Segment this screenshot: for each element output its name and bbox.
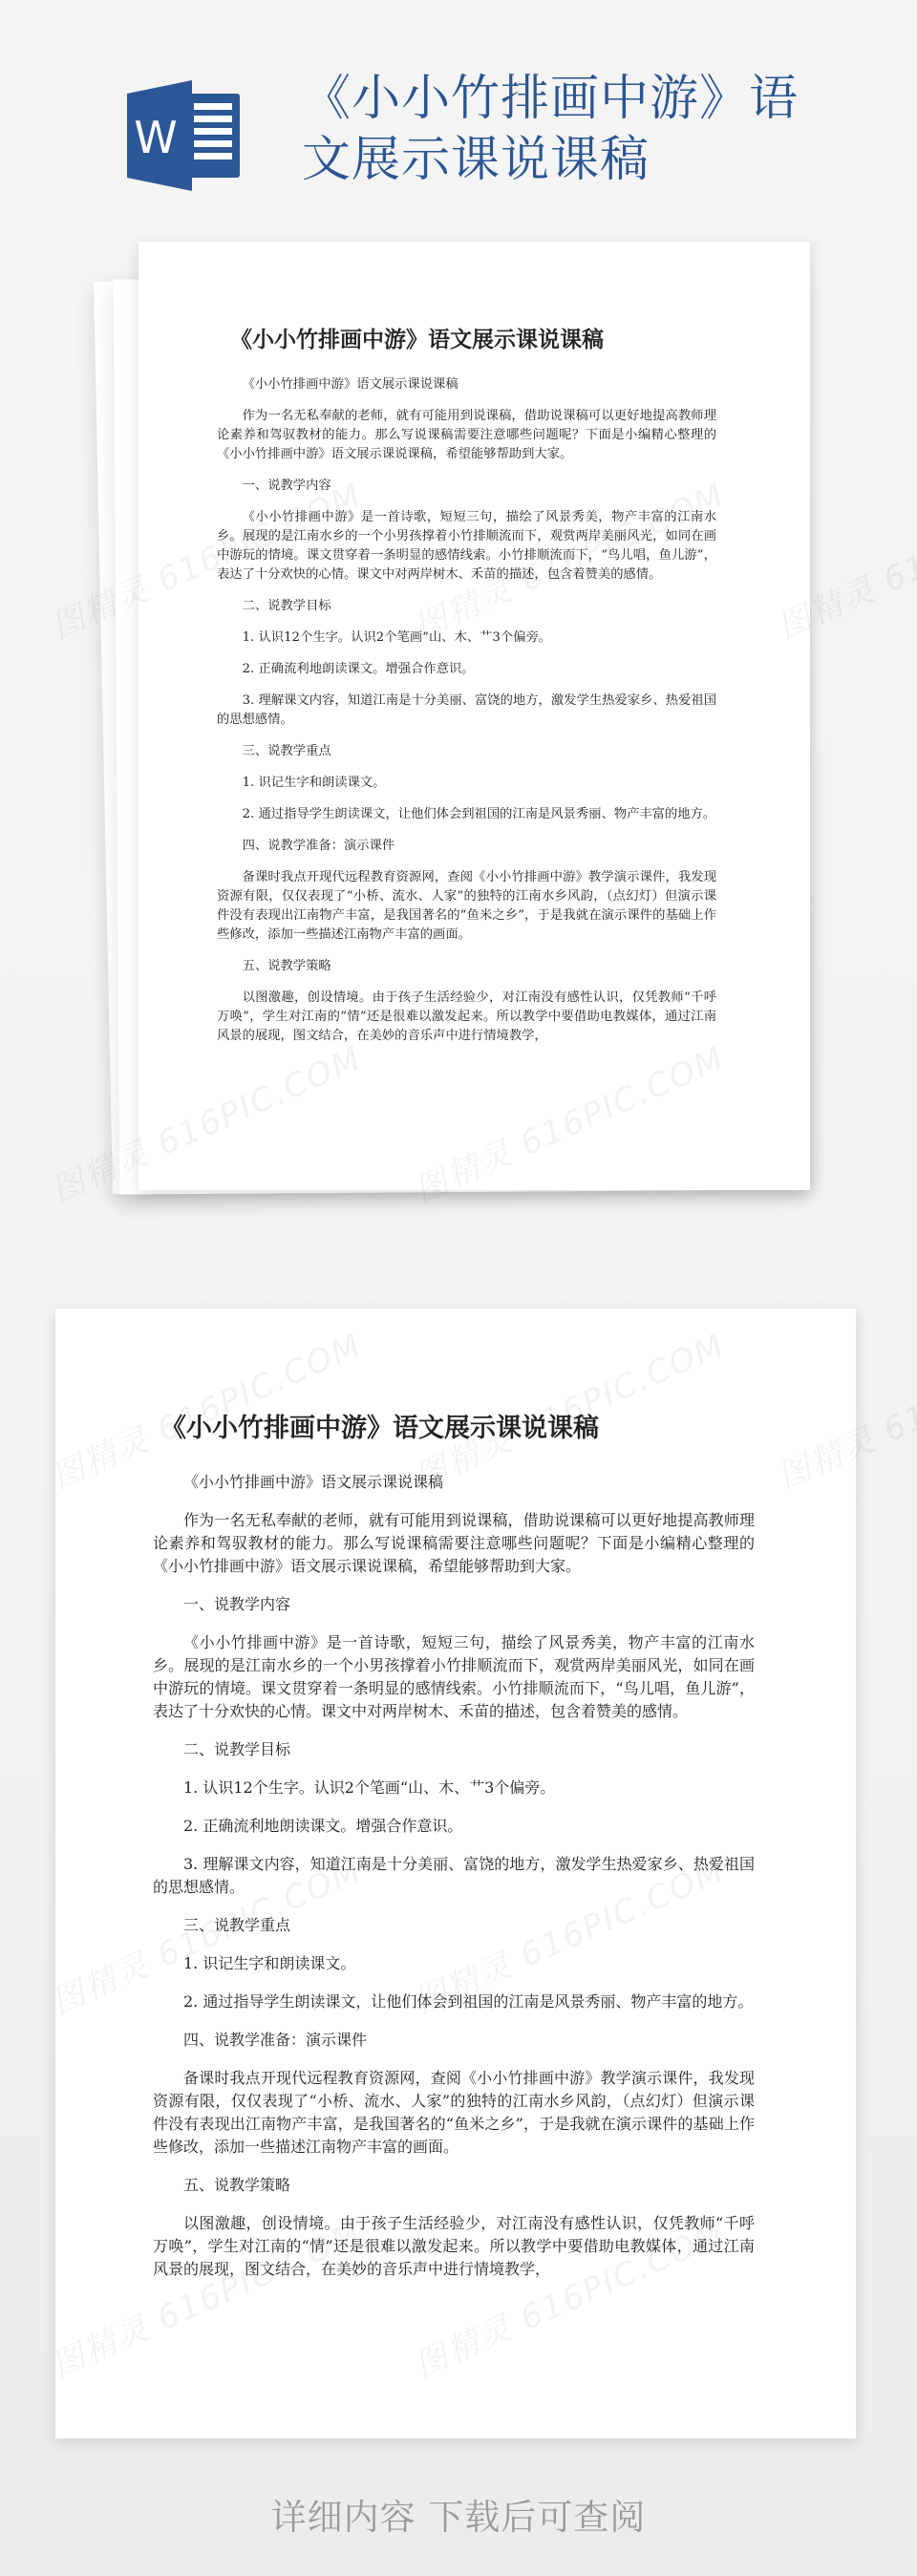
list-item: 2. 正确流利地朗读课文。增强合作意识。 — [153, 1815, 755, 1838]
section-heading: 四、说教学准备：演示课件 — [217, 837, 716, 856]
document-title: 《小小竹排画中游》语文展示课说课稿 — [160, 1412, 755, 1446]
list-item: 1. 认识12个生字。认识2个笔画“山、木、艹3个偏旁。 — [217, 628, 716, 648]
section-heading: 一、说教学内容 — [153, 1593, 755, 1616]
intro-paragraph: 作为一名无私奉献的老师，就有可能用到说课稿，借助说课稿可以更好地提高教师理论素养… — [153, 1509, 755, 1578]
header: W 《小小竹排画中游》语文展示课说课稿 — [0, 0, 917, 220]
document-preview-page-2: 《小小竹排画中游》语文展示课说课稿 《小小竹排画中游》语文展示课说课稿 作为一名… — [55, 1309, 856, 2438]
list-item: 3. 理解课文内容，知道江南是十分美丽、富饶的地方，激发学生热爱家乡、热爱祖国的… — [153, 1853, 755, 1899]
section-heading: 二、说教学目标 — [153, 1738, 755, 1761]
list-item: 2. 通过指导学生朗读课文，让他们体会到祖国的江南是风景秀丽、物产丰富的地方。 — [217, 805, 716, 824]
section-heading: 四、说教学准备：演示课件 — [153, 2029, 755, 2052]
section-heading: 三、说教学重点 — [217, 742, 716, 761]
paragraph: 以图激趣，创设情境。由于孩子生活经验少，对江南没有感性认识，仅凭教师“千呼万唤”… — [217, 989, 716, 1046]
section-heading: 三、说教学重点 — [153, 1914, 755, 1937]
list-item: 2. 正确流利地朗读课文。增强合作意识。 — [217, 660, 716, 679]
paragraph: 《小小竹排画中游》是一首诗歌，短短三句，描绘了风景秀美，物产丰富的江南水乡。展现… — [217, 508, 716, 585]
section-heading: 五、说教学策略 — [217, 957, 716, 976]
paragraph: 以图激趣，创设情境。由于孩子生活经验少，对江南没有感性认识，仅凭教师“千呼万唤”… — [153, 2212, 755, 2281]
document-subtitle: 《小小竹排画中游》语文展示课说课稿 — [153, 1471, 755, 1494]
svg-text:W: W — [134, 112, 177, 163]
paragraph: 备课时我点开现代远程教育资源网，查阅《小小竹排画中游》教学演示课件，我发现资源有… — [153, 2067, 755, 2159]
paragraph: 《小小竹排画中游》是一首诗歌，短短三句，描绘了风景秀美，物产丰富的江南水乡。展现… — [153, 1631, 755, 1723]
page-title: 《小小竹排画中游》语文展示课说课稿 — [302, 69, 837, 191]
list-item: 1. 认识12个生字。认识2个笔画“山、木、艹3个偏旁。 — [153, 1777, 755, 1799]
word-document-icon: W — [127, 80, 245, 191]
paragraph: 备课时我点开现代远程教育资源网，查阅《小小竹排画中游》教学演示课件，我发现资源有… — [217, 868, 716, 945]
document-preview-page-1: 《小小竹排画中游》语文展示课说课稿 《小小竹排画中游》语文展示课说课稿 作为一名… — [139, 242, 810, 1190]
list-item: 3. 理解课文内容，知道江南是十分美丽、富饶的地方，激发学生热爱家乡、热爱祖国的… — [217, 692, 716, 730]
list-item: 2. 通过指导学生朗读课文，让他们体会到祖国的江南是风景秀丽、物产丰富的地方。 — [153, 1991, 755, 2013]
list-item: 1. 识记生字和朗读课文。 — [153, 1952, 755, 1975]
list-item: 1. 识记生字和朗读课文。 — [217, 774, 716, 793]
document-subtitle: 《小小竹排画中游》语文展示课说课稿 — [217, 375, 716, 394]
section-heading: 一、说教学内容 — [217, 477, 716, 496]
section-heading: 二、说教学目标 — [217, 597, 716, 616]
document-title: 《小小竹排画中游》语文展示课说课稿 — [230, 326, 716, 354]
intro-paragraph: 作为一名无私奉献的老师，就有可能用到说课稿，借助说课稿可以更好地提高教师理论素养… — [217, 407, 716, 464]
download-prompt: 详细内容 下载后可查阅 — [0, 2488, 917, 2540]
section-heading: 五、说教学策略 — [153, 2174, 755, 2197]
